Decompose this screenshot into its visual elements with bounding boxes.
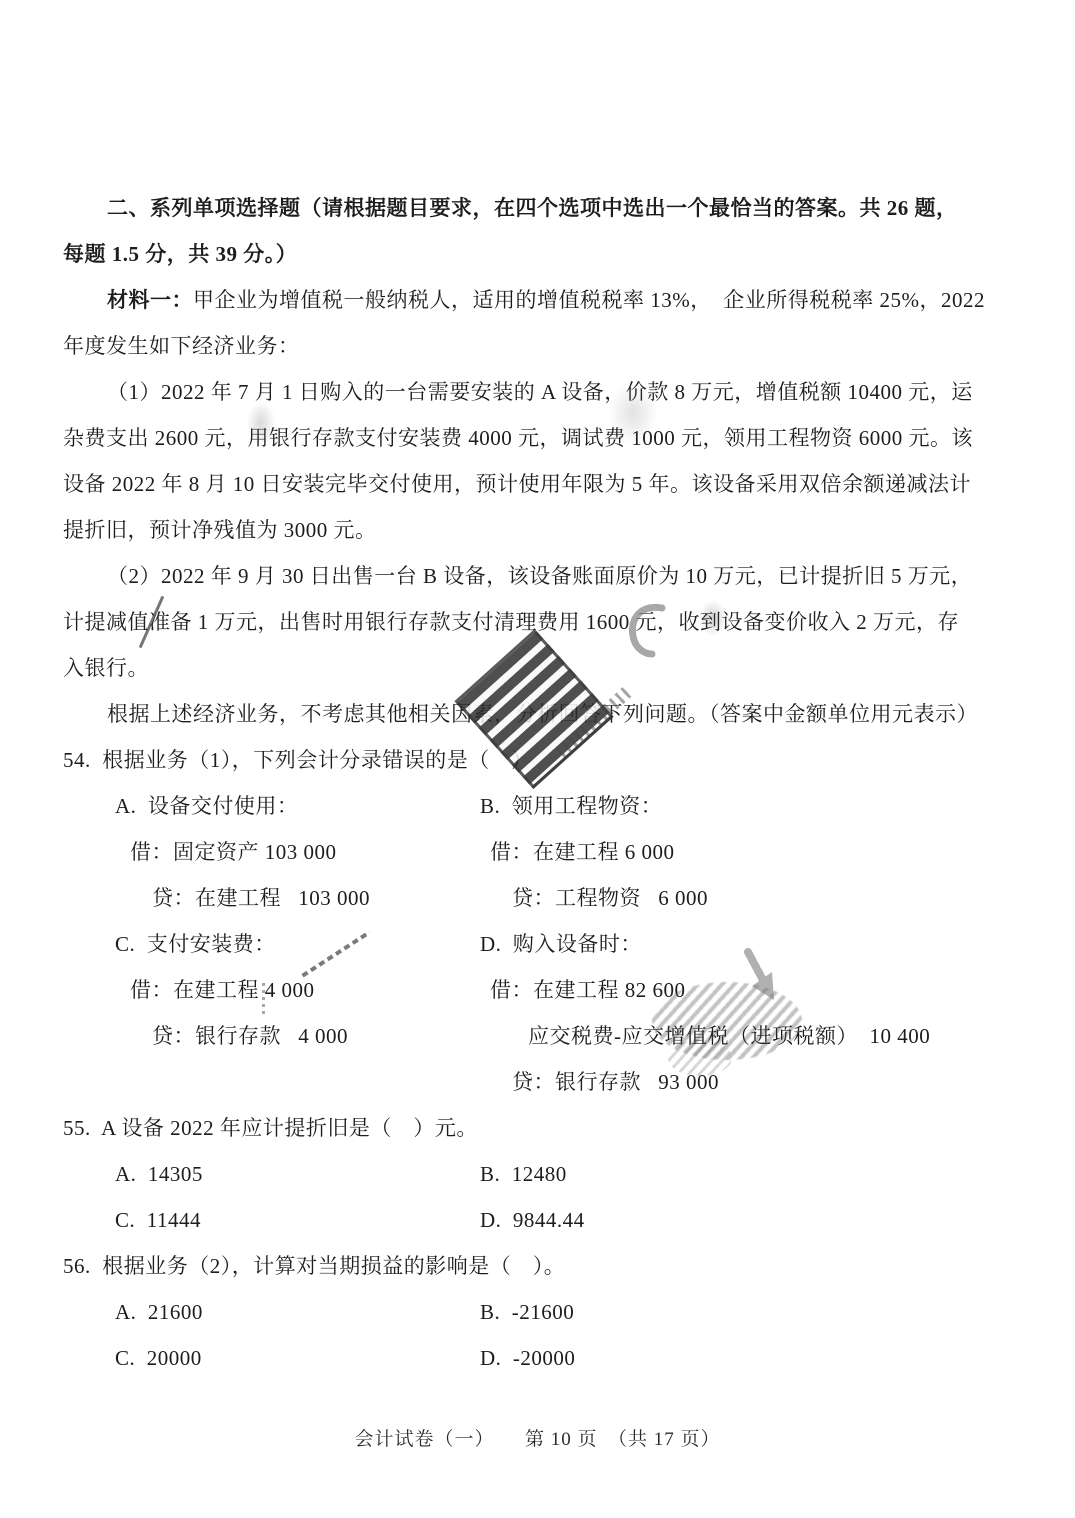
dotted-mark-artifact bbox=[262, 983, 265, 1017]
exam-paper-page: 二、系列单项选择题（请根据题目要求，在四个选项中选出一个最恰当的答案。共 26 … bbox=[0, 0, 1075, 1518]
curved-hook-artifact bbox=[618, 602, 674, 662]
question-56-option-d: D. -20000 bbox=[480, 1335, 953, 1381]
question-55-options-cd: C. 11444 D. 9844.44 bbox=[63, 1197, 953, 1243]
option-c-journal-debit: 借：在建工程 4 000 bbox=[63, 967, 480, 1013]
question-56-options-cd: C. 20000 D. -20000 bbox=[63, 1335, 953, 1381]
ink-smudge-artifact bbox=[668, 1040, 732, 1076]
option-a-journal-debit: 借：固定资产 103 000 bbox=[63, 829, 480, 875]
business1-line2: 杂费支出 2600 元，用银行存款支付安装费 4000 元，调试费 1000 元… bbox=[63, 415, 953, 461]
question-55-stem: 55. A 设备 2022 年应计提折旧是（ ）元。 bbox=[63, 1105, 953, 1151]
option-a-label: A. 设备交付使用： bbox=[63, 783, 480, 829]
option-c-journal-credit: 贷：银行存款 4 000 bbox=[63, 1013, 480, 1059]
material-intro-line1: 材料一：甲企业为增值税一般纳税人，适用的增值税税率 13%， 企业所得税税率 2… bbox=[63, 277, 953, 323]
section-heading-line1: 二、系列单项选择题（请根据题目要求，在四个选项中选出一个最恰当的答案。共 26 … bbox=[63, 185, 953, 231]
question-56-options-ab: A. 21600 B. -21600 bbox=[63, 1289, 953, 1335]
option-b-column: B. 领用工程物资： 借：在建工程 6 000 贷：工程物资 6 000 bbox=[480, 783, 953, 921]
material-intro-text: 甲企业为增值税一般纳税人，适用的增值税税率 13%， 企业所得税税率 25%，2… bbox=[193, 288, 985, 312]
question-54-options-cd: C. 支付安装费： 借：在建工程 4 000 贷：银行存款 4 000 D. 购… bbox=[63, 921, 953, 1105]
scan-speck-artifact bbox=[240, 392, 282, 454]
option-b-journal-debit: 借：在建工程 6 000 bbox=[480, 829, 953, 875]
option-b-label: B. 领用工程物资： bbox=[480, 783, 953, 829]
page-content: 二、系列单项选择题（请根据题目要求，在四个选项中选出一个最恰当的答案。共 26 … bbox=[63, 185, 953, 1381]
question-55-option-a: A. 14305 bbox=[63, 1151, 480, 1197]
option-b-journal-credit: 贷：工程物资 6 000 bbox=[480, 875, 953, 921]
question-55-option-d: D. 9844.44 bbox=[480, 1197, 953, 1243]
material-label: 材料一： bbox=[107, 288, 193, 312]
business1-line4: 提折旧，预计净残值为 3000 元。 bbox=[63, 507, 953, 553]
question-55-option-b: B. 12480 bbox=[480, 1151, 953, 1197]
question-55-options-ab: A. 14305 B. 12480 bbox=[63, 1151, 953, 1197]
business2-line2: 计提减值准备 1 万元，出售时用银行存款支付清理费用 1600 元，收到设备变价… bbox=[63, 599, 953, 645]
business2-line1: （2）2022 年 9 月 30 日出售一台 B 设备，该设备账面原价为 10 … bbox=[63, 553, 953, 599]
question-56-option-b: B. -21600 bbox=[480, 1289, 953, 1335]
business1-line1: （1）2022 年 7 月 1 日购入的一台需要安装的 A 设备，价款 8 万元… bbox=[63, 369, 953, 415]
down-arrow-artifact bbox=[738, 948, 788, 1008]
question-56-stem: 56. 根据业务（2），计算对当期损益的影响是（ ）。 bbox=[63, 1243, 953, 1289]
question-55-option-c: C. 11444 bbox=[63, 1197, 480, 1243]
option-d-label: D. 购入设备时： bbox=[480, 921, 953, 967]
option-c-column: C. 支付安装费： 借：在建工程 4 000 贷：银行存款 4 000 bbox=[63, 921, 480, 1105]
page-footer: 会计试卷（一） 第 10 页 （共 17 页） bbox=[0, 1424, 1075, 1451]
option-a-journal-credit: 贷：在建工程 103 000 bbox=[63, 875, 480, 921]
ink-smudge-artifact bbox=[693, 592, 733, 644]
material-intro-line2: 年度发生如下经济业务： bbox=[63, 323, 953, 369]
question-56-option-c: C. 20000 bbox=[63, 1335, 480, 1381]
scan-speck-artifact bbox=[598, 368, 668, 458]
question-56-option-a: A. 21600 bbox=[63, 1289, 480, 1335]
question-54-options-ab: A. 设备交付使用： 借：固定资产 103 000 贷：在建工程 103 000… bbox=[63, 783, 953, 921]
section-heading-line2: 每题 1.5 分，共 39 分。） bbox=[63, 231, 953, 277]
option-a-column: A. 设备交付使用： 借：固定资产 103 000 贷：在建工程 103 000 bbox=[63, 783, 480, 921]
business1-line3: 设备 2022 年 8 月 10 日安装完毕交付使用，预计使用年限为 5 年。该… bbox=[63, 461, 953, 507]
option-c-label: C. 支付安装费： bbox=[63, 921, 480, 967]
